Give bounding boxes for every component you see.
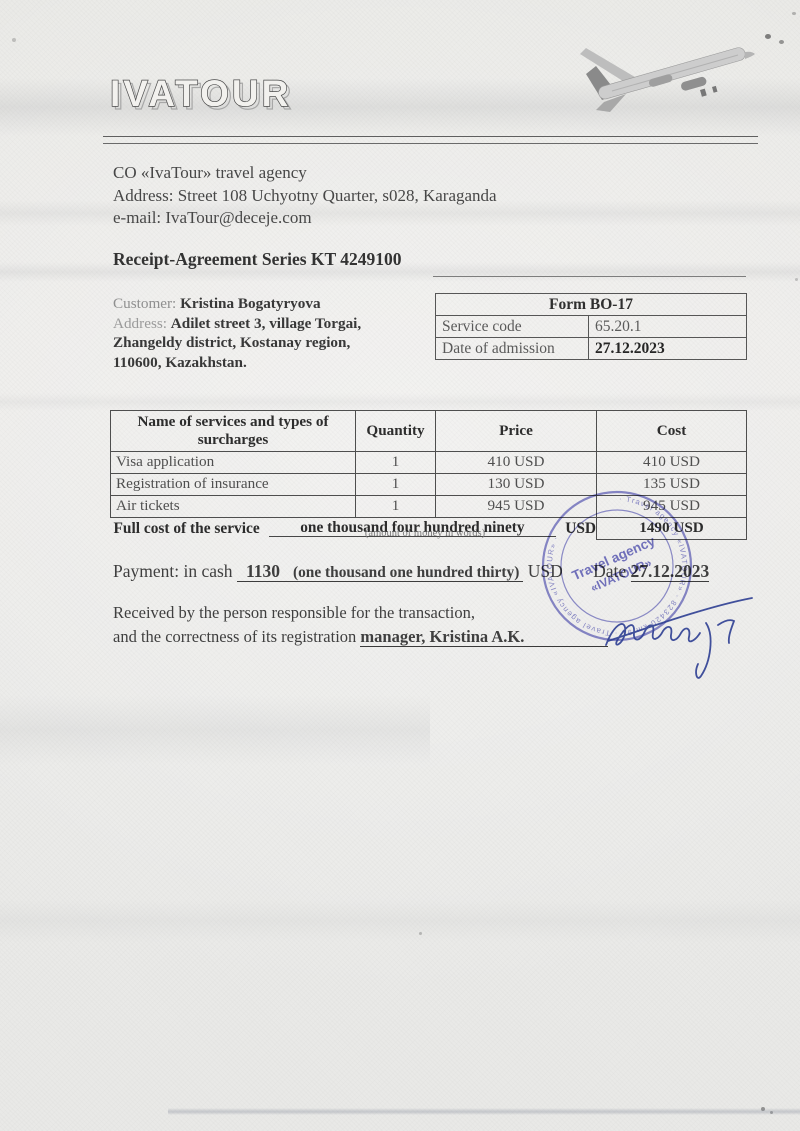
col-header-price: Price [436, 411, 597, 452]
scan-artifact [792, 12, 796, 15]
service-code-value: 65.20.1 [589, 316, 747, 338]
full-cost-label: Full cost of the service [114, 520, 260, 538]
scan-artifact [795, 278, 798, 281]
scan-band [0, 900, 800, 942]
customer-address-line1: Address: Adilet street 3, village Torgai… [113, 314, 361, 334]
table-row: Form BO-17 [436, 294, 747, 316]
customer-line: Customer: Kristina Bogatyryova [113, 294, 361, 314]
agency-address: Address: Street 108 Uchyotny Quarter, s0… [113, 185, 497, 208]
form-bo17-table: Form BO-17 Service code 65.20.1 Date of … [435, 293, 747, 360]
service-name: Registration of insurance [111, 473, 356, 495]
scan-band-bottom [168, 1108, 800, 1115]
scan-band [0, 393, 800, 411]
received-line1: Received by the person responsible for t… [113, 601, 608, 625]
form-topline [433, 276, 746, 277]
table-row: Service code 65.20.1 [436, 316, 747, 338]
header-divider [103, 136, 758, 144]
service-cost: 410 USD [597, 451, 747, 473]
service-quantity: 1 [356, 473, 436, 495]
table-header-row: Name of services and types of surcharges… [111, 411, 747, 452]
table-row: Visa application 1 410 USD 410 USD [111, 451, 747, 473]
form-title: Form BO-17 [436, 294, 747, 316]
admission-label: Date of admission [436, 338, 589, 360]
scan-artifact [779, 40, 784, 44]
service-name: Air tickets [111, 495, 356, 517]
service-name: Visa application [111, 451, 356, 473]
scan-artifact [765, 34, 771, 39]
table-row: Date of admission 27.12.2023 [436, 338, 747, 360]
payment-amount-words: (one thousand one hundred thirty) [289, 564, 523, 582]
signature-icon [600, 585, 775, 685]
signee-name: manager, Kristina A.K. [360, 627, 524, 646]
receipt-title: Receipt-Agreement Series KT 4249100 [113, 249, 402, 270]
customer-address-value2: Zhangeldy district, Kostanay region, [113, 333, 361, 353]
amount-in-words-caption: (amount of money in words) [300, 528, 550, 539]
received-block: Received by the person responsible for t… [113, 601, 608, 648]
customer-label: Customer: [113, 295, 176, 312]
received-line2-prefix: and the correctness of its registration [113, 627, 356, 646]
col-header-quantity: Quantity [356, 411, 436, 452]
service-quantity: 1 [356, 495, 436, 517]
scanned-receipt-page: IVATOUR IVATOUR CO «IvaTour» travel agen… [0, 0, 800, 1131]
ivatour-logo: IVATOUR IVATOUR [108, 68, 418, 120]
admission-value: 27.12.2023 [589, 338, 747, 360]
col-header-name: Name of services and types of surcharges [111, 411, 356, 452]
service-code-label: Service code [436, 316, 589, 338]
payment-prefix: Payment: in cash [113, 561, 233, 581]
customer-address-value1: Adilet street 3, village Torgai, [171, 315, 361, 332]
logo-text: IVATOUR [110, 73, 291, 114]
customer-address-label: Address: [113, 315, 167, 332]
scan-artifact [419, 932, 422, 935]
scan-artifact [12, 38, 16, 42]
service-price: 410 USD [436, 451, 597, 473]
payment-amount: 1130 [237, 561, 289, 582]
agency-name: CO «IvaTour» travel agency [113, 162, 497, 185]
scan-band [0, 695, 430, 765]
col-header-cost: Cost [597, 411, 747, 452]
customer-address-value3: 110600, Kazakhstan. [113, 353, 361, 373]
agency-email: e-mail: IvaTour@deceje.com [113, 207, 497, 230]
service-quantity: 1 [356, 451, 436, 473]
airplane-icon [552, 28, 757, 116]
agency-info: CO «IvaTour» travel agency Address: Stre… [113, 162, 497, 230]
customer-block: Customer: Kristina Bogatyryova Address: … [113, 294, 361, 372]
received-line2: and the correctness of its registration … [113, 625, 608, 649]
customer-name: Kristina Bogatyryova [180, 295, 320, 312]
